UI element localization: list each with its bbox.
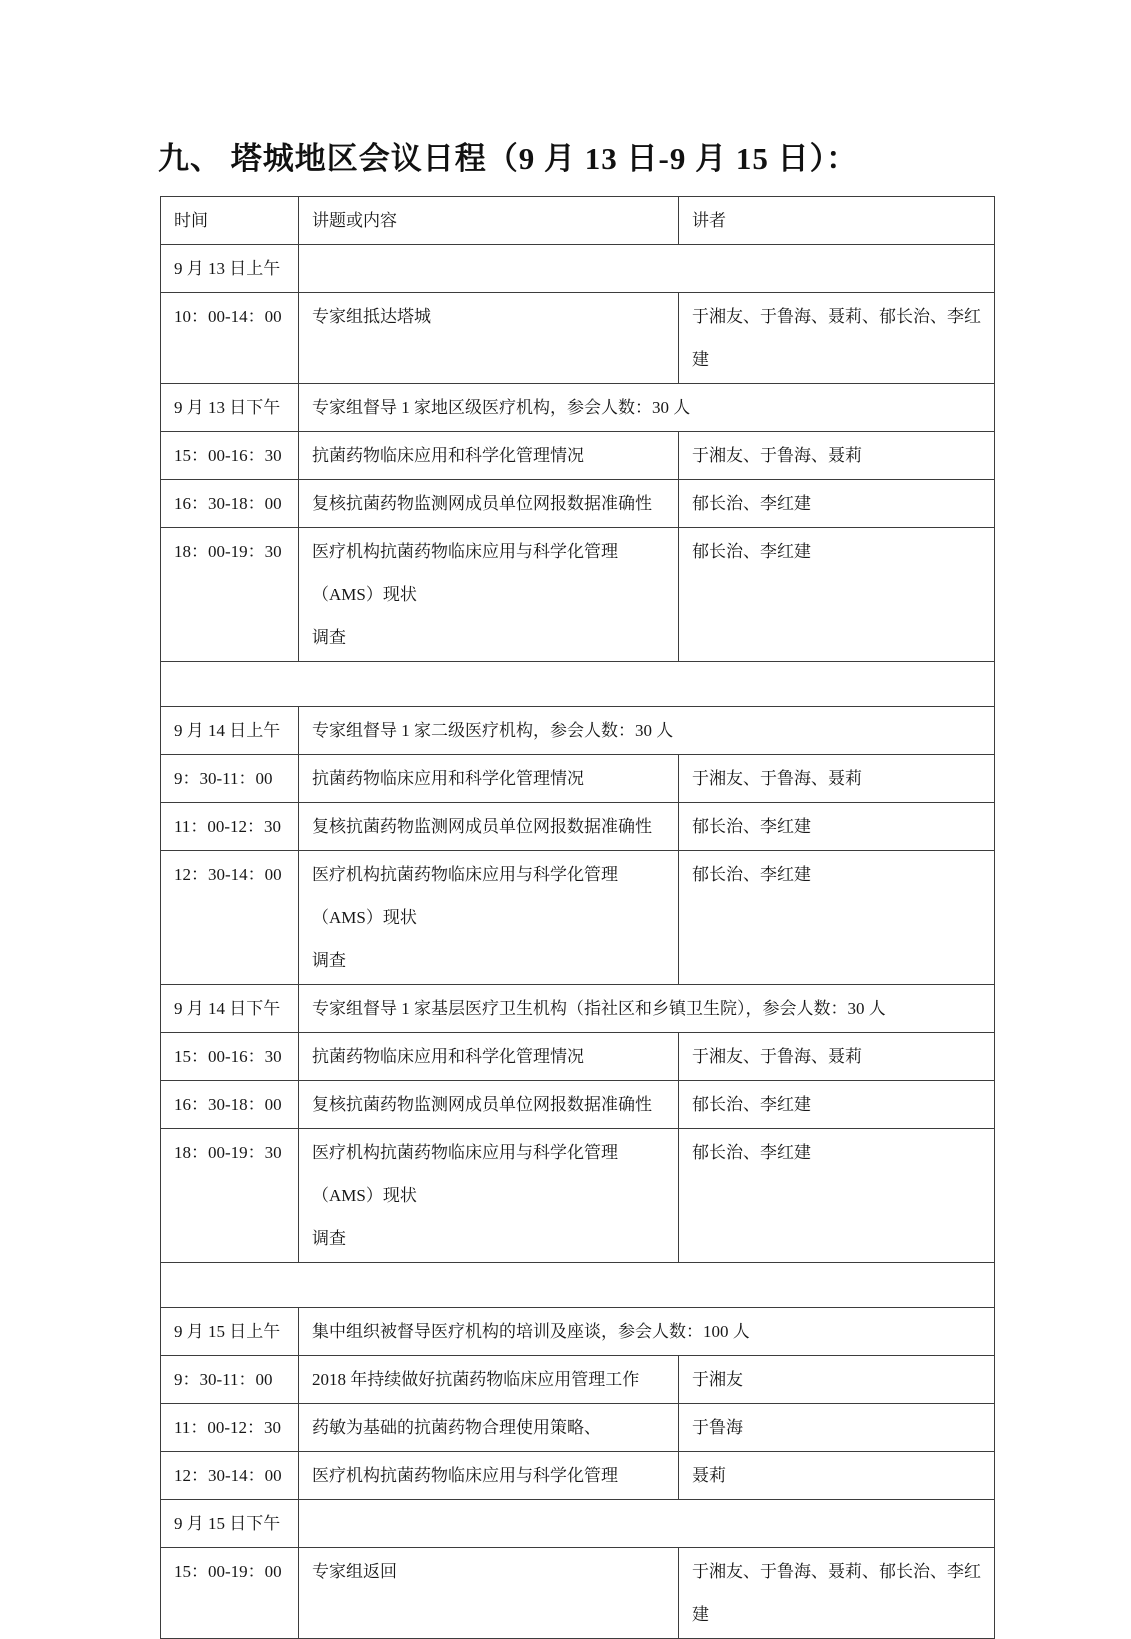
speaker-cell: 于湘友、于鲁海、聂莉、郁长治、李红建 [679,1548,995,1639]
time-cell: 12：30-14：00 [161,851,299,985]
section-row: 9 月 13 日下午专家组督导 1 家地区级医疗机构，参会人数：30 人 [161,384,995,432]
time-cell: 9 月 13 日上午 [161,245,299,293]
section-content-cell: 专家组督导 1 家二级医疗机构，参会人数：30 人 [299,707,995,755]
table-row: 15：00-16：30抗菌药物临床应用和科学化管理情况于湘友、于鲁海、聂莉 [161,1033,995,1081]
speaker-cell: 于湘友、于鲁海、聂莉、郁长治、李红建 [679,293,995,384]
time-cell: 10：00-14：00 [161,293,299,384]
section-row: 9 月 15 日上午集中组织被督导医疗机构的培训及座谈，参会人数：100 人 [161,1308,995,1356]
table-header-row: 时间 讲题或内容 讲者 [161,197,995,245]
table-row: 11：00-12：30药敏为基础的抗菌药物合理使用策略、于鲁海 [161,1404,995,1452]
table-row: 10：00-14：00专家组抵达塔城于湘友、于鲁海、聂莉、郁长治、李红建 [161,293,995,384]
topic-cell: 2018 年持续做好抗菌药物临床应用管理工作 [299,1356,679,1404]
section-row: 9 月 14 日上午专家组督导 1 家二级医疗机构，参会人数：30 人 [161,707,995,755]
topic-cell: 医疗机构抗菌药物临床应用与科学化管理 [299,1452,679,1500]
speaker-cell: 于鲁海 [679,1404,995,1452]
spacer-cell [161,662,995,707]
table-row: 18：00-19：30医疗机构抗菌药物临床应用与科学化管理（AMS）现状 调查郁… [161,1129,995,1263]
speaker-cell: 郁长治、李红建 [679,480,995,528]
table-row: 16：30-18：00复核抗菌药物监测网成员单位网报数据准确性郁长治、李红建 [161,480,995,528]
topic-cell: 医疗机构抗菌药物临床应用与科学化管理（AMS）现状 调查 [299,851,679,985]
time-cell: 16：30-18：00 [161,480,299,528]
topic-cell: 医疗机构抗菌药物临床应用与科学化管理（AMS）现状 调查 [299,528,679,662]
time-cell: 18：00-19：30 [161,528,299,662]
topic-cell: 抗菌药物临床应用和科学化管理情况 [299,432,679,480]
topic-cell: 复核抗菌药物监测网成员单位网报数据准确性 [299,803,679,851]
speaker-cell: 郁长治、李红建 [679,1129,995,1263]
topic-cell: 抗菌药物临床应用和科学化管理情况 [299,1033,679,1081]
table-row: 9：30-11：00抗菌药物临床应用和科学化管理情况于湘友、于鲁海、聂莉 [161,755,995,803]
time-cell: 18：00-19：30 [161,1129,299,1263]
time-cell: 9：30-11：00 [161,755,299,803]
time-cell: 9 月 15 日上午 [161,1308,299,1356]
schedule-table: 时间 讲题或内容 讲者 9 月 13 日上午10：00-14：00专家组抵达塔城… [160,196,995,1639]
column-header-time: 时间 [161,197,299,245]
section-content-cell [299,245,995,293]
time-cell: 9：30-11：00 [161,1356,299,1404]
table-row: 11：00-12：30复核抗菌药物监测网成员单位网报数据准确性郁长治、李红建 [161,803,995,851]
section-content-cell: 专家组督导 1 家地区级医疗机构，参会人数：30 人 [299,384,995,432]
table-row: 18：00-19：30医疗机构抗菌药物临床应用与科学化管理（AMS）现状 调查郁… [161,528,995,662]
document-page: 九、 塔城地区会议日程（9 月 13 日-9 月 15 日）： 时间 讲题或内容… [0,0,1131,1600]
speaker-cell: 于湘友、于鲁海、聂莉 [679,432,995,480]
speaker-cell: 郁长治、李红建 [679,803,995,851]
time-cell: 16：30-18：00 [161,1081,299,1129]
table-row: 12：30-14：00医疗机构抗菌药物临床应用与科学化管理聂莉 [161,1452,995,1500]
time-cell: 11：00-12：30 [161,803,299,851]
section-content-cell: 专家组督导 1 家基层医疗卫生机构（指社区和乡镇卫生院），参会人数：30 人 [299,985,995,1033]
column-header-speaker: 讲者 [679,197,995,245]
table-row: 时间 讲题或内容 讲者 [161,197,995,245]
topic-cell: 复核抗菌药物监测网成员单位网报数据准确性 [299,480,679,528]
topic-cell: 专家组抵达塔城 [299,293,679,384]
topic-cell: 药敏为基础的抗菌药物合理使用策略、 [299,1404,679,1452]
speaker-cell: 于湘友 [679,1356,995,1404]
spacer-cell [161,1263,995,1308]
topic-cell: 专家组返回 [299,1548,679,1639]
time-cell: 15：00-16：30 [161,432,299,480]
speaker-cell: 郁长治、李红建 [679,1081,995,1129]
speaker-cell: 郁长治、李红建 [679,528,995,662]
spacer-row [161,1263,995,1308]
time-cell: 9 月 14 日上午 [161,707,299,755]
column-header-topic: 讲题或内容 [299,197,679,245]
table-row: 12：30-14：00医疗机构抗菌药物临床应用与科学化管理（AMS）现状 调查郁… [161,851,995,985]
table-body: 9 月 13 日上午10：00-14：00专家组抵达塔城于湘友、于鲁海、聂莉、郁… [161,245,995,1639]
table-row: 15：00-19：00专家组返回于湘友、于鲁海、聂莉、郁长治、李红建 [161,1548,995,1639]
topic-cell: 医疗机构抗菌药物临床应用与科学化管理（AMS）现状 调查 [299,1129,679,1263]
section-row: 9 月 15 日下午 [161,1500,995,1548]
page-title: 九、 塔城地区会议日程（9 月 13 日-9 月 15 日）： [158,133,858,178]
speaker-cell: 聂莉 [679,1452,995,1500]
table-row: 9：30-11：002018 年持续做好抗菌药物临床应用管理工作于湘友 [161,1356,995,1404]
section-content-cell: 集中组织被督导医疗机构的培训及座谈，参会人数：100 人 [299,1308,995,1356]
spacer-row [161,662,995,707]
time-cell: 12：30-14：00 [161,1452,299,1500]
table-row: 16：30-18：00复核抗菌药物监测网成员单位网报数据准确性郁长治、李红建 [161,1081,995,1129]
topic-cell: 抗菌药物临床应用和科学化管理情况 [299,755,679,803]
time-cell: 15：00-19：00 [161,1548,299,1639]
time-cell: 11：00-12：30 [161,1404,299,1452]
time-cell: 15：00-16：30 [161,1033,299,1081]
table-row: 15：00-16：30抗菌药物临床应用和科学化管理情况于湘友、于鲁海、聂莉 [161,432,995,480]
speaker-cell: 于湘友、于鲁海、聂莉 [679,1033,995,1081]
section-row: 9 月 13 日上午 [161,245,995,293]
speaker-cell: 郁长治、李红建 [679,851,995,985]
section-row: 9 月 14 日下午专家组督导 1 家基层医疗卫生机构（指社区和乡镇卫生院），参… [161,985,995,1033]
section-content-cell [299,1500,995,1548]
speaker-cell: 于湘友、于鲁海、聂莉 [679,755,995,803]
time-cell: 9 月 15 日下午 [161,1500,299,1548]
time-cell: 9 月 13 日下午 [161,384,299,432]
topic-cell: 复核抗菌药物监测网成员单位网报数据准确性 [299,1081,679,1129]
time-cell: 9 月 14 日下午 [161,985,299,1033]
